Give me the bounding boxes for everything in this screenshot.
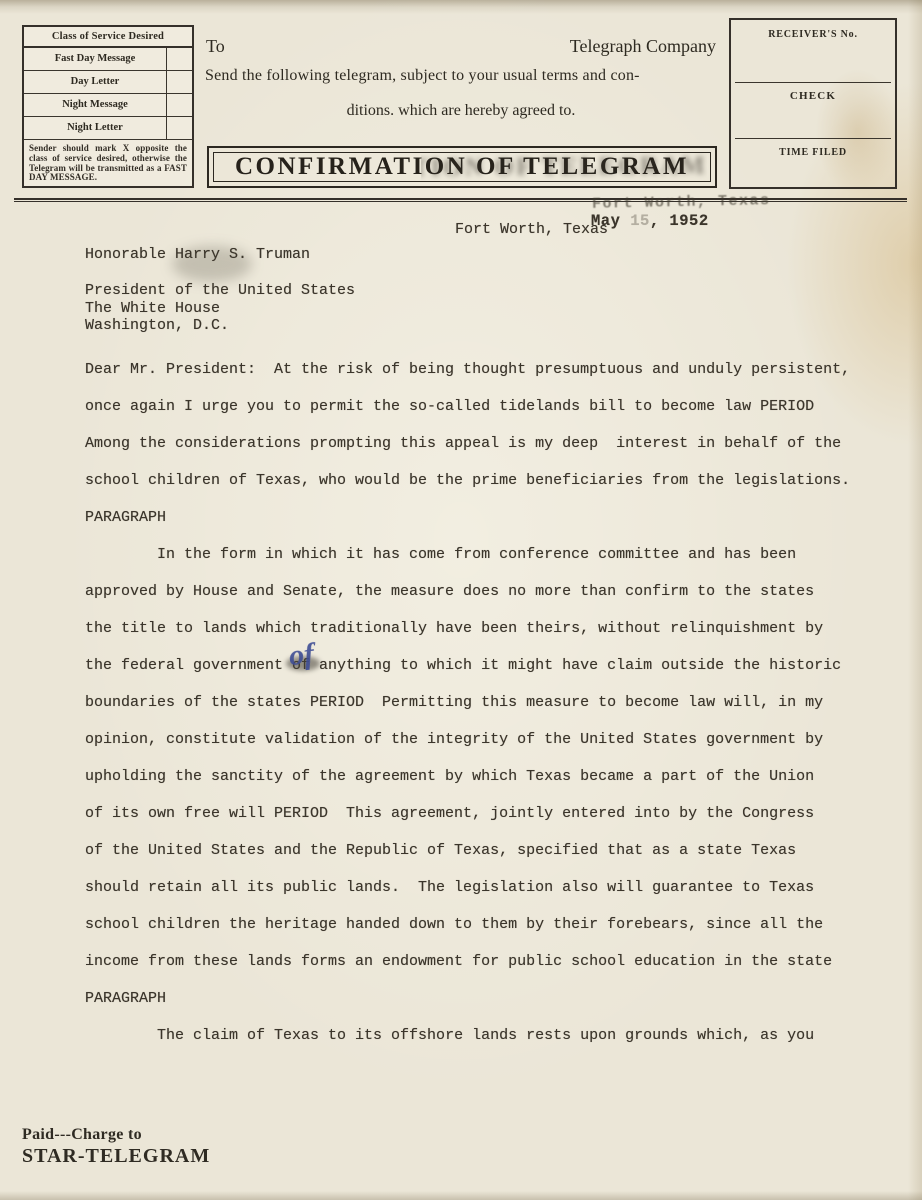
date-day-faded: 15 [630,212,650,230]
service-option-row: Night Letter [24,117,192,140]
service-option-checkbox [166,94,192,116]
typed-city: Fort Worth, Texas [455,221,608,238]
confirmation-title-inner-border: CONFIRMATION OF TELEGRAM CONFIRMATION OF… [213,152,711,182]
service-option-row: Night Message [24,94,192,117]
service-option-row: Day Letter [24,71,192,94]
service-option-label: Day Letter [24,71,166,93]
address-block: President of the United States The White… [85,282,355,335]
receiver-box: RECEIVER'S No. CHECK TIME FILED [729,18,897,189]
check-label: CHECK [731,90,895,102]
time-filed-label: TIME FILED [731,147,895,158]
terms-line-1: Send the following telegram, subject to … [205,67,717,85]
telegraph-company-label: Telegraph Company [560,36,716,57]
class-of-service-note: Sender should mark X opposite the class … [24,140,192,183]
charge-stamp: Paid---Charge to STAR-TELEGRAM [22,1126,210,1168]
terms-line-2: ditions. which are hereby agreed to. [205,102,717,120]
service-option-label: Night Letter [24,117,166,139]
recipient-line: Honorable Harry S. Truman [85,246,310,263]
service-option-checkbox [166,48,192,70]
confirmation-title-box: CONFIRMATION OF TELEGRAM CONFIRMATION OF… [207,146,717,188]
handwritten-blue-ink-correction: of [287,637,315,673]
city-overstamp: Fort Worth, Texas [592,192,771,213]
service-option-row: Fast Day Message [24,48,192,71]
to-label: To [206,36,225,57]
class-of-service-title: Class of Service Desired [24,27,192,48]
service-option-label: Night Message [24,94,166,116]
typed-date: May 15, 1952 [591,212,709,230]
receiver-box-divider [735,138,891,139]
receivers-no-label: RECEIVER'S No. [731,29,895,40]
paid-charge-line: Paid---Charge to [22,1126,210,1144]
paragraph-2: In the form in which it has come from co… [85,536,885,1017]
header-double-rule [14,198,907,202]
class-of-service-box: Class of Service Desired Fast Day Messag… [22,25,194,188]
service-option-label: Fast Day Message [24,48,166,70]
date-month: May [591,212,630,230]
star-telegram-line: STAR-TELEGRAM [22,1145,210,1168]
date-year: , 1952 [650,212,709,230]
service-option-checkbox [166,71,192,93]
paragraph-1: Dear Mr. President: At the risk of being… [85,351,885,536]
paragraph-3: The claim of Texas to its offshore lands… [85,1017,885,1054]
service-option-checkbox [166,117,192,139]
receiver-box-divider [735,82,891,83]
telegram-confirmation-page: Class of Service Desired Fast Day Messag… [0,0,922,1200]
